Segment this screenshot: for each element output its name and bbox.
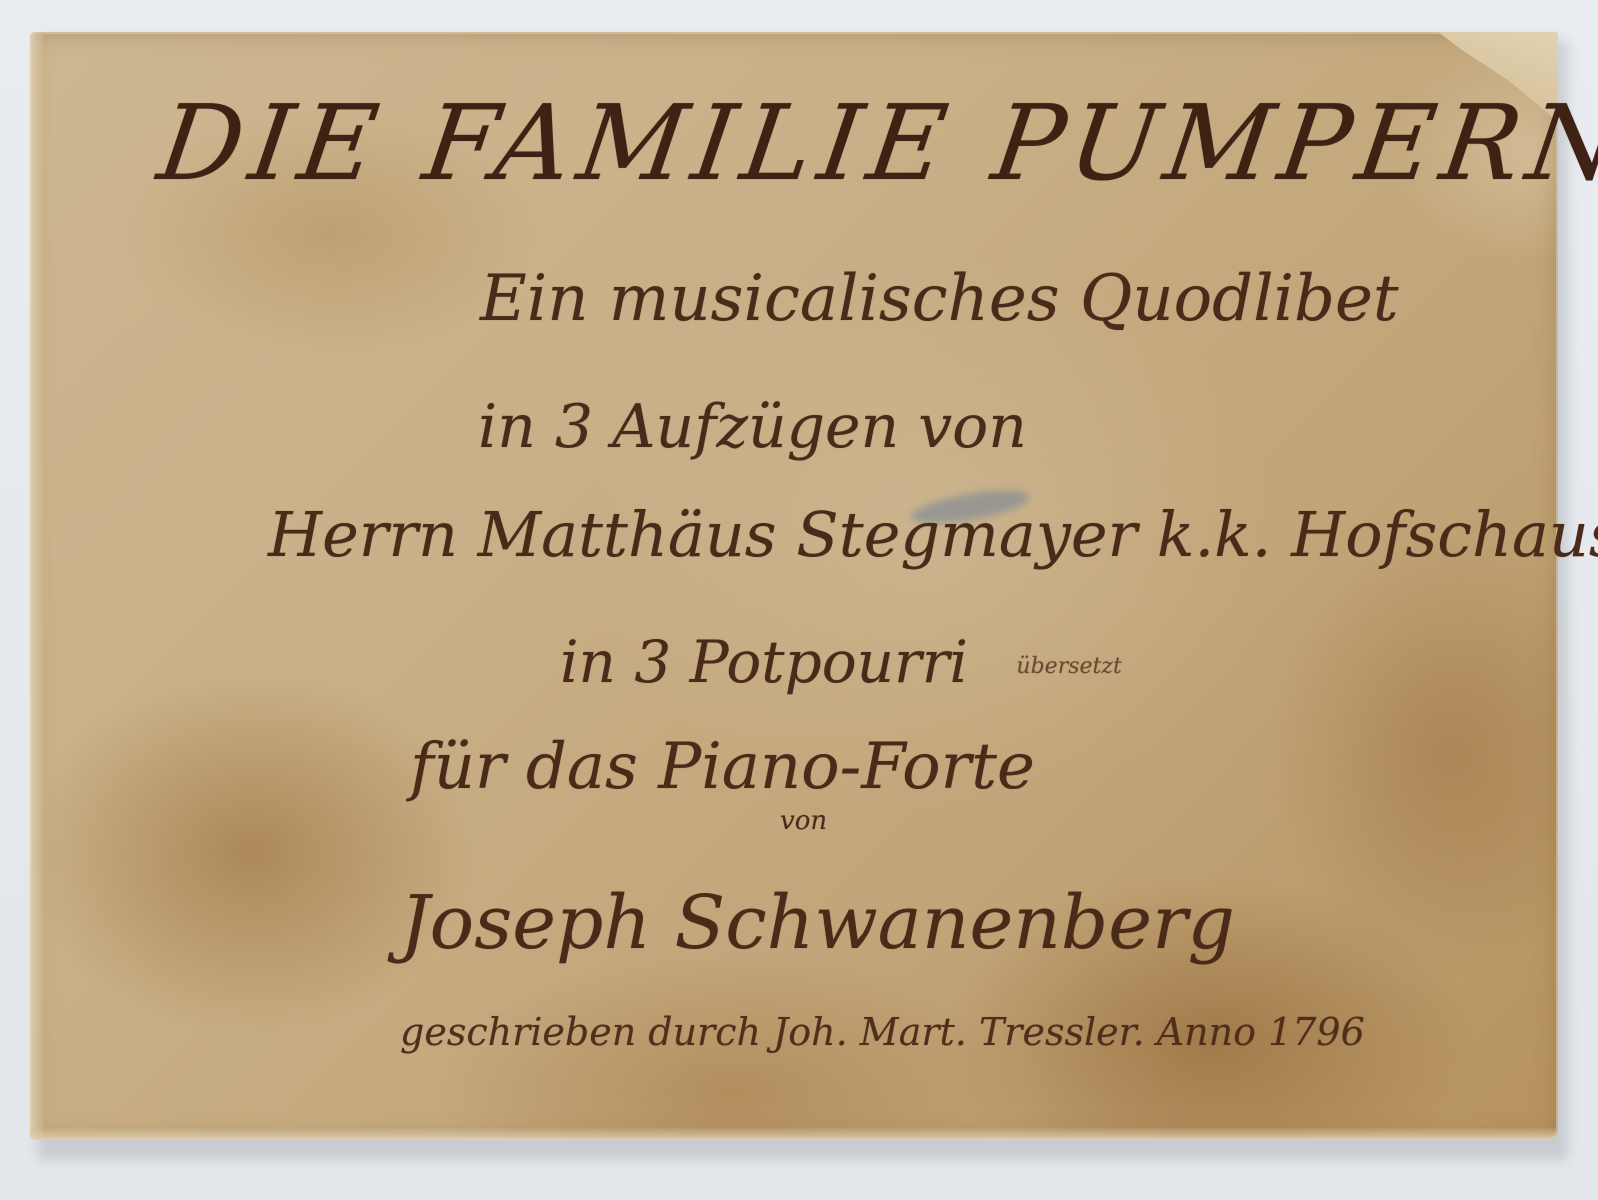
copyist-line: geschrieben durch Joh. Mart. Tressler. A… [400,1010,1365,1054]
author-line: Herrn Matthäus Stegmayer k.k. Hofschausp… [268,498,1598,571]
cover-left-edge [30,32,44,1140]
cover-bottom-edge [30,1128,1558,1140]
arrangement-line: in 3 Potpourri übersetzt [560,628,1122,696]
acts-line: in 3 Aufzügen von [478,392,1027,462]
by-label: von [780,806,827,836]
instrument-line: für das Piano-Forte [410,730,1035,804]
arrangement-note: übersetzt [1016,654,1121,679]
document-title: DIE FAMILIE PUMPERNICKEL [151,82,1598,204]
arranger-name: Joseph Schwanenberg [400,880,1235,966]
subtitle: Ein musicalisches Quodlibet [480,262,1399,336]
arrangement-text: in 3 Potpourri [560,628,968,696]
